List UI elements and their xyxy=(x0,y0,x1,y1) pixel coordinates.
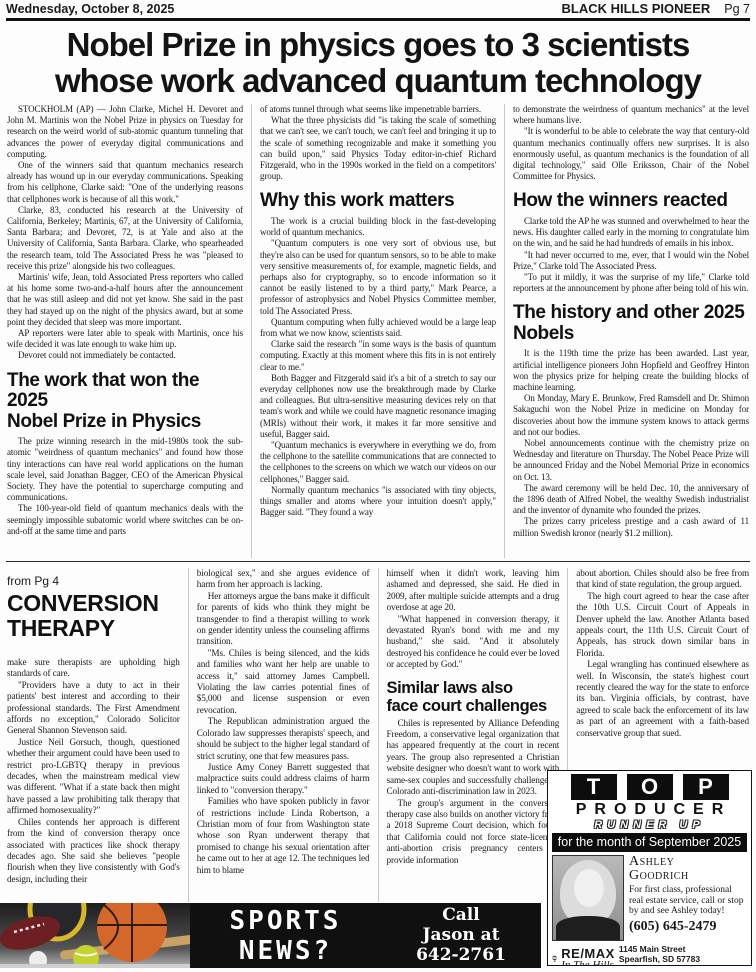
article-paragraph: On Monday, Mary E. Brunkow, Fred Ramsdel… xyxy=(513,393,749,438)
article-paragraph: AP reporters were later able to speak wi… xyxy=(7,328,243,350)
section-divider xyxy=(6,561,750,562)
sports-photo-graphic xyxy=(0,903,190,968)
article-paragraph: The high court agreed to hear the case a… xyxy=(576,591,749,659)
article-paragraph: Quantum computing when fully achieved wo… xyxy=(260,317,496,339)
remax-balloon-icon xyxy=(552,946,557,966)
remax-brand-sub: In The Hills xyxy=(561,960,615,966)
agency-address: 1145 Main Street Spearfish, SD 57783 www… xyxy=(619,945,747,966)
article-paragraph: "Quantum computers is one very sort of o… xyxy=(260,238,496,316)
article-paragraph: "It is wonderful to be able to celebrate… xyxy=(513,126,749,182)
article-paragraph: The prize winning research in the mid-19… xyxy=(7,436,243,503)
article-paragraph: "Providers have a duty to act in their p… xyxy=(7,680,180,737)
article-paragraph: to demonstrate the weirdness of quantum … xyxy=(513,104,749,126)
sports-equipment-photo xyxy=(0,903,190,968)
article-paragraph: The award ceremony will be held Dec. 10,… xyxy=(513,483,749,517)
article-paragraph: Clarke, 83, conducted his research at th… xyxy=(7,205,243,272)
conversion-column-3: himself when it didn't work, leaving him… xyxy=(379,568,569,902)
sports-news-ad: SPORTS NEWS? Call Jason at 642-2761 xyxy=(0,903,541,968)
brand-block: RE/MAX In The Hills xyxy=(561,947,615,966)
conversion-title: CONVERSION THERAPY xyxy=(7,591,180,641)
article-paragraph: Clarke said the research "in some ways i… xyxy=(260,339,496,373)
sports-ad-phone: Call Jason at 642-2761 xyxy=(381,903,541,968)
runner-up-label: RUNNER UP xyxy=(552,819,747,832)
article-paragraph: Nobel announcements continue with the ch… xyxy=(513,438,749,483)
article-paragraph: make sure therapists are upholding high … xyxy=(7,657,180,680)
article-paragraph: about abortion. Chiles should also be fr… xyxy=(576,568,749,591)
producer-label: PRODUCER xyxy=(552,801,747,819)
top-letter-p: P xyxy=(683,774,729,800)
article-paragraph: Martinis' wife, Jean, told Associated Pr… xyxy=(7,272,243,328)
masthead-paper-name: BLACK HILLS PIONEER xyxy=(561,1,710,16)
section-heading: Why this work matters xyxy=(260,191,496,212)
top-letter-t: T xyxy=(571,774,617,800)
section-heading: Similar laws also face court challenges xyxy=(387,679,560,715)
month-banner: for the month of September 2025 xyxy=(552,833,747,852)
article-paragraph: "Quantum mechanics is everywhere in ever… xyxy=(260,440,496,485)
nobel-headline: Nobel Prize in physics goes to 3 scienti… xyxy=(0,27,756,99)
article-paragraph: Families who have spoken publicly in fav… xyxy=(197,796,370,876)
agent-name: Ashley Goodrich xyxy=(629,855,747,883)
nobel-column-3: to demonstrate the weirdness of quantum … xyxy=(505,104,750,558)
section-heading: The history and other 2025 Nobels xyxy=(513,303,749,344)
jump-kicker: from Pg 4 xyxy=(7,574,180,588)
section-heading: The work that won the 2025 Nobel Prize i… xyxy=(7,371,243,433)
article-paragraph: Normally quantum mechanics "is associate… xyxy=(260,485,496,519)
article-paragraph: STOCKHOLM (AP) — John Clarke, Michel H. … xyxy=(7,104,243,160)
article-paragraph: "It had never occurred to me, ever, that… xyxy=(513,250,749,272)
article-paragraph: It is the 119th time the prize has been … xyxy=(513,348,749,393)
article-paragraph: Clarke told the AP he was stunned and ov… xyxy=(513,216,749,250)
article-paragraph: The 100-year-old field of quantum mechan… xyxy=(7,503,243,537)
article-paragraph: Devoret could not immediately be contact… xyxy=(7,350,243,361)
masthead-page-number: Pg 7 xyxy=(724,2,750,16)
section-heading: How the winners reacted xyxy=(513,191,749,212)
article-paragraph: The Republican administration argued the… xyxy=(197,716,370,762)
top-producer-ad: T O P PRODUCER RUNNER UP for the month o… xyxy=(547,770,752,966)
article-paragraph: Chiles is represented by Alliance Defend… xyxy=(387,718,560,798)
agent-photo-blazer xyxy=(556,916,620,940)
article-paragraph: What the three physicists did "is taking… xyxy=(260,115,496,182)
agent-row: Ashley Goodrich For first class, profess… xyxy=(552,855,747,943)
masthead: Wednesday, October 8, 2025 BLACK HILLS P… xyxy=(6,0,750,21)
article-paragraph: himself when it didn't work, leaving him… xyxy=(387,568,560,614)
article-paragraph: "Ms. Chiles is being silenced, and the k… xyxy=(197,648,370,716)
article-paragraph: One of the winners said that quantum mec… xyxy=(7,160,243,205)
article-paragraph: Legal wrangling has continued elsewhere … xyxy=(576,659,749,739)
article-paragraph: "What happened in conversion therapy, it… xyxy=(387,614,560,671)
sports-ad-line1: SPORTS xyxy=(190,906,381,936)
agent-info: Ashley Goodrich For first class, profess… xyxy=(629,855,747,943)
agent-photo-face xyxy=(574,869,604,907)
article-paragraph: biological sex," and she argues evidence… xyxy=(197,568,370,591)
agent-phone: (605) 645-2479 xyxy=(629,919,747,935)
article-paragraph: Both Bagger and Fitzgerald said it's a b… xyxy=(260,373,496,440)
agent-photo xyxy=(552,855,624,941)
sports-ad-headline: SPORTS NEWS? xyxy=(190,903,381,968)
nobel-column-1: STOCKHOLM (AP) — John Clarke, Michel H. … xyxy=(6,104,252,558)
masthead-date: Wednesday, October 8, 2025 xyxy=(6,2,174,16)
article-paragraph: of atoms tunnel through what seems like … xyxy=(260,104,496,115)
newspaper-page: Wednesday, October 8, 2025 BLACK HILLS P… xyxy=(0,0,756,972)
brand-row: RE/MAX In The Hills 1145 Main Street Spe… xyxy=(552,945,747,966)
article-paragraph: The prizes carry priceless prestige and … xyxy=(513,516,749,538)
article-paragraph: The work is a crucial building block in … xyxy=(260,216,496,238)
nobel-article: STOCKHOLM (AP) — John Clarke, Michel H. … xyxy=(6,104,750,558)
nobel-column-2: of atoms tunnel through what seems like … xyxy=(252,104,505,558)
sports-ad-line2: NEWS? xyxy=(190,936,381,966)
article-paragraph: The group's argument in the conversion t… xyxy=(387,798,560,866)
article-paragraph: Her attorneys argue the bans make it dif… xyxy=(197,591,370,648)
article-paragraph: Justice Neil Gorsuch, though, questioned… xyxy=(7,737,180,817)
top-letters: T O P xyxy=(552,774,747,800)
article-paragraph: Justice Amy Coney Barrett suggested that… xyxy=(197,762,370,796)
article-paragraph: Chiles contends her approach is differen… xyxy=(7,817,180,885)
masthead-right: BLACK HILLS PIONEER Pg 7 xyxy=(561,1,750,16)
conversion-column-1: from Pg 4 CONVERSION THERAPY make sure t… xyxy=(6,568,189,902)
agent-blurb: For first class, professional real estat… xyxy=(629,885,747,917)
article-paragraph: "To put it mildly, it was the surprise o… xyxy=(513,272,749,294)
conversion-column-1-text: make sure therapists are upholding high … xyxy=(7,657,180,885)
top-letter-o: O xyxy=(627,774,673,800)
conversion-column-2: biological sex," and she argues evidence… xyxy=(189,568,379,902)
